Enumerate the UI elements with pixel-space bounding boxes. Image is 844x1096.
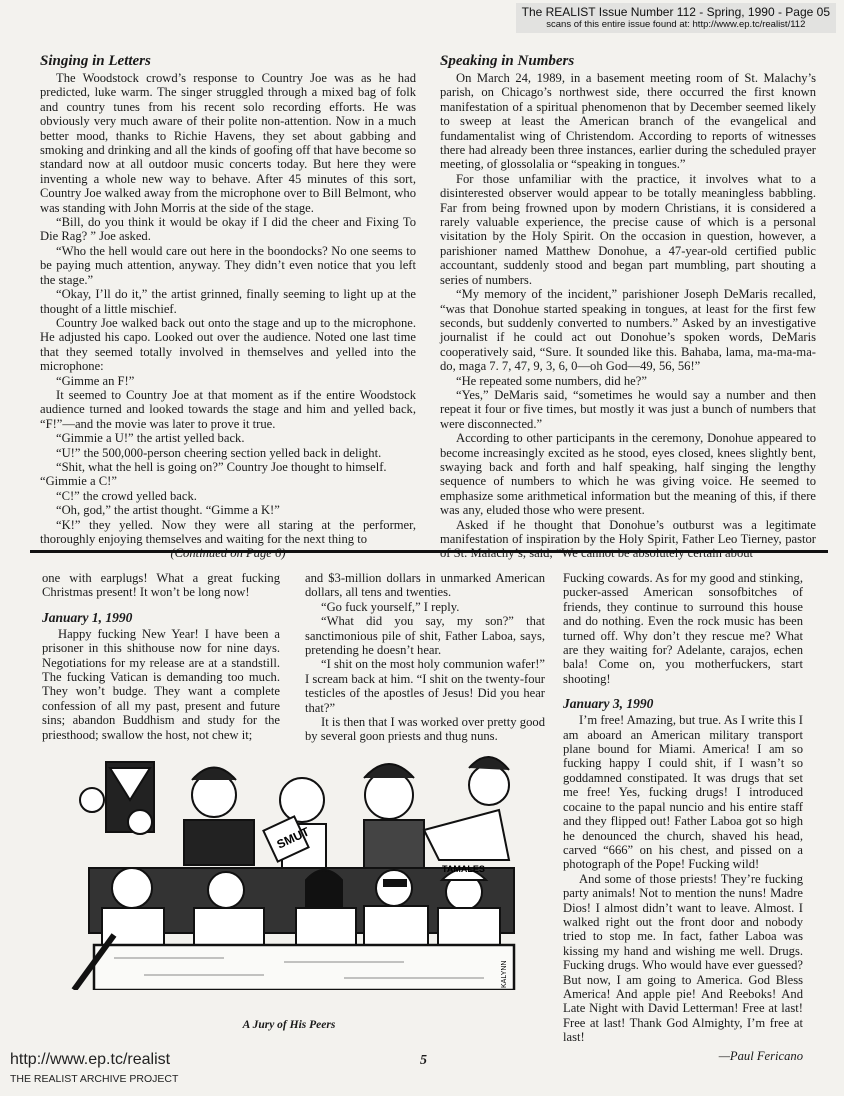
paragraph: and $3-million dollars in unmarked Ameri… [305,571,545,600]
diary-date-heading: January 3, 1990 [563,696,803,712]
paragraph: “Oh, god,” the artist thought. “Gimme a … [40,503,416,517]
paragraph: “Okay, I’ll do it,” the artist grinned, … [40,287,416,316]
paragraph: “I shit on the most holy communion wafer… [305,657,545,715]
paragraph: “Shit, what the hell is going on?” Count… [40,460,416,474]
paragraph: On March 24, 1989, in a basement meeting… [440,71,816,172]
paragraph: For those unfamiliar with the practice, … [440,172,816,287]
paragraph: “Gimme an F!” [40,374,416,388]
article-title: Singing in Letters [40,52,416,70]
paragraph: “Go fuck yourself,” I reply. [305,600,545,614]
continued-link: (Continued on Page 6) [40,546,416,560]
diary-column-3: Fucking cowards. As for my good and stin… [563,571,803,1063]
paragraph: According to other participants in the c… [440,431,816,517]
paragraph: “Gimmie a C!” [40,474,416,488]
paragraph: “What did you say, my son?” that sanctim… [305,614,545,657]
paragraph: “Gimmie a U!” the artist yelled back. [40,431,416,445]
paragraph: Asked if he thought that Donohue’s outbu… [440,518,816,561]
paragraph: “Who the hell would care out here in the… [40,244,416,287]
banner-source: scans of this entire issue found at: htt… [522,19,830,30]
paragraph: Fucking cowards. As for my good and stin… [563,571,803,686]
cartoon-caption: A Jury of His Peers [44,1019,534,1031]
diary-column-1: one with earplugs! What a great fucking … [42,571,280,742]
paragraph: one with earplugs! What a great fucking … [42,571,280,600]
artist-signature: KALYNN [501,961,508,989]
paragraph: Country Joe walked back out onto the sta… [40,316,416,374]
diary-date-heading: January 1, 1990 [42,610,280,626]
paragraph: It seemed to Country Joe at that moment … [40,388,416,431]
paragraph: Happy fucking New Year! I have been a pr… [42,627,280,742]
paragraph: “K!” they yelled. Now they were all star… [40,518,416,547]
paragraph: “Bill, do you think it would be okay if … [40,215,416,244]
paragraph: The Woodstock crowd’s response to Countr… [40,71,416,215]
banner-title: The REALIST Issue Number 112 - Spring, 1… [522,5,830,19]
author-signature: —Paul Fericano [563,1049,803,1063]
article-speaking-in-numbers: Speaking in Numbers On March 24, 1989, i… [440,52,816,561]
paragraph: “He repeated some numbers, did he?” [440,374,816,388]
footer-project: THE REALIST ARCHIVE PROJECT [10,1073,178,1085]
paragraph: I’m free! Amazing, but true. As I write … [563,713,803,871]
paragraph: And some of those priests! They’re fucki… [563,872,803,1045]
paragraph: “C!” the crowd yelled back. [40,489,416,503]
footer-url: http://www.ep.tc/realist [10,1051,170,1069]
jury-cartoon-illustration: SMUT TAMALES KALYNN [44,740,534,990]
paragraph: “Yes,” DeMaris said, “sometimes he would… [440,388,816,431]
paragraph: “U!” the 500,000-person cheering section… [40,446,416,460]
article-singing-in-letters: Singing in Letters The Woodstock crowd’s… [40,52,416,561]
archive-banner: The REALIST Issue Number 112 - Spring, 1… [516,3,836,33]
paragraph: “My memory of the incident,” parishioner… [440,287,816,373]
section-divider [30,550,828,553]
article-title: Speaking in Numbers [440,52,816,70]
diary-column-2: and $3-million dollars in unmarked Ameri… [305,571,545,744]
page-number: 5 [420,1053,427,1069]
tamales-label: TAMALES [442,864,485,874]
